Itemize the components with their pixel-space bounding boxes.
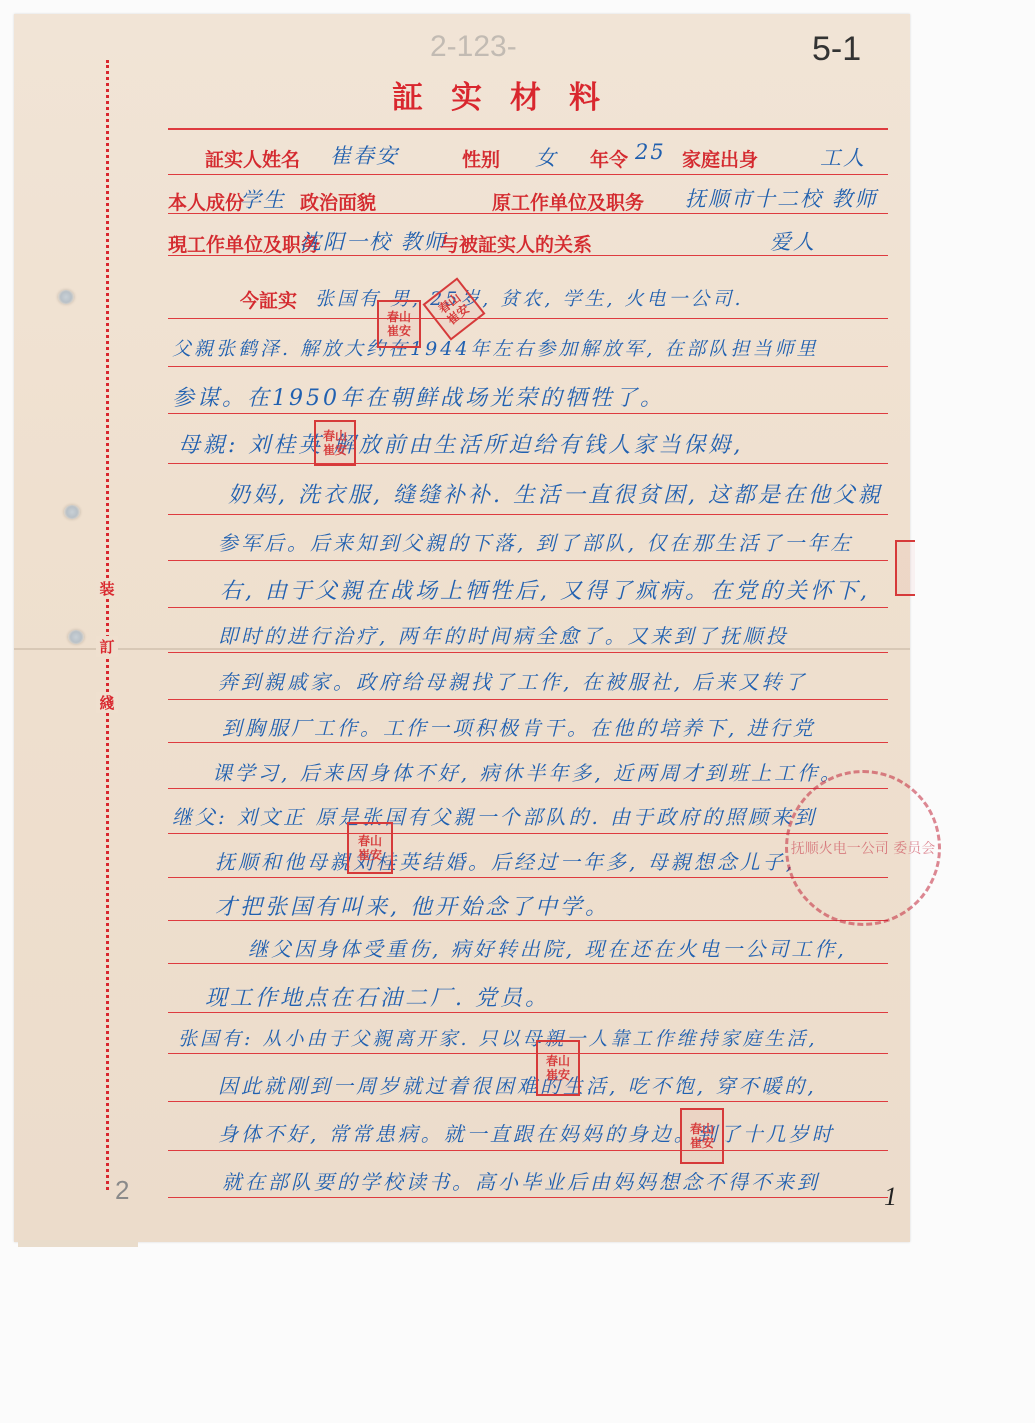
body-line: 就在部队要的学校读书。高小毕业后由妈妈想念不得不来到 <box>222 1166 820 1195</box>
body-line: 课学习, 后来因身体不好, 病休半年多, 近两周才到班上工作。 <box>212 757 843 786</box>
personal-status-value: 学生 <box>240 184 286 214</box>
ruled-line <box>168 877 888 878</box>
body-line: 参谋。在1950年在朝鲜战场光荣的牺牲了。 <box>172 381 665 412</box>
body-line: 即时的进行治疗, 两年的时间病全愈了。又来到了抚顺投 <box>218 620 789 649</box>
ruled-line <box>168 607 888 608</box>
body-line: 因此就刚到一周岁就过着很困难的生活, 吃不饱, 穿不暖的, <box>218 1070 817 1099</box>
body-line: 才把张国有叫来, 他开始念了中学。 <box>215 890 610 921</box>
current-work-label: 現工作单位及职务 <box>168 230 320 257</box>
binding-dotted-line <box>106 60 109 1190</box>
ruled-line <box>168 560 888 561</box>
body-line: 母親: 刘桂英 解放前由生活所迫给有钱人家当保姆, <box>178 428 743 459</box>
gender-value: 女 <box>535 142 558 172</box>
body-line: 继父: 刘文正 原是张国有父親一个部队的. 由于政府的照顾来到 <box>172 801 817 830</box>
ruled-line <box>168 514 888 515</box>
ruled-line <box>168 1197 888 1198</box>
ruled-line <box>168 463 888 464</box>
relation-label: 与被証实人的关系 <box>440 230 592 257</box>
paper-tab <box>18 1240 138 1247</box>
gender-label: 性别 <box>462 145 500 172</box>
punch-hole <box>64 505 80 519</box>
family-origin-value: 工人 <box>820 142 866 172</box>
ruled-line <box>168 1053 888 1054</box>
document-title: 証实材料 <box>300 72 720 117</box>
margin-number-pencil: 2 <box>115 1175 129 1206</box>
ruled-line <box>168 1012 888 1013</box>
witness-name-value: 崔春安 <box>330 140 399 170</box>
body-line: 身体不好, 常常患病。就一直跟在妈妈的身边。到了十几岁时 <box>218 1118 835 1147</box>
ruled-line <box>168 833 888 834</box>
body-line: 奶妈, 洗衣服, 缝缝补补. 生活一直很贫困, 这都是在他父親 <box>228 478 883 509</box>
personal-seal-stamp: 春山 崔安 <box>536 1040 580 1096</box>
body-line: 参军后。后来知到父親的下落, 到了部队, 仅在那生活了一年左 <box>218 527 853 556</box>
witness-name-label: 証实人姓名 <box>205 145 300 172</box>
ruled-line <box>168 963 888 964</box>
archive-number-pencil: 2-123- <box>430 30 517 64</box>
official-round-seal: 抚顺火电一公司 委员会 <box>785 770 941 926</box>
personal-seal-stamp: 春山 崔安 <box>314 420 356 466</box>
body-line: 张国有: 从小由于父親离开家. 只以母親一人靠工作维持家庭生活, <box>178 1024 818 1051</box>
current-work-value: 沈阳一校 教师 <box>300 226 447 256</box>
family-origin-label: 家庭出身 <box>682 145 758 172</box>
ruled-line <box>168 318 888 319</box>
binding-label-char: 装 <box>96 578 118 599</box>
ruled-line <box>168 128 888 130</box>
ruled-line <box>168 1101 888 1102</box>
ruled-line <box>168 652 888 653</box>
former-work-label: 原工作单位及职务 <box>492 188 644 215</box>
former-work-value: 抚顺市十二校 教师 <box>685 183 878 213</box>
punch-hole <box>58 290 74 304</box>
punch-hole <box>68 630 84 644</box>
ruled-line <box>168 413 888 414</box>
ruled-line <box>168 1150 888 1151</box>
personal-seal-stamp: 春山 崔安 <box>347 822 393 874</box>
personal-seal-stamp: 春山 崔安 <box>680 1108 724 1164</box>
body-line: 现工作地点在石油二厂. 党员。 <box>205 981 550 1012</box>
ruled-line <box>168 366 888 367</box>
age-label: 年令 <box>590 145 628 172</box>
binding-label-char: 綫 <box>96 692 118 713</box>
body-line: 到胸服厂工作。工作一项积极肯干。在他的培养下, 进行党 <box>222 712 816 741</box>
body-line: 抚顺和他母親刘桂英结婚。后经过一年多, 母親想念儿子, <box>215 846 795 875</box>
ruled-line <box>168 788 888 789</box>
personal-status-label: 本人成份 <box>168 188 244 215</box>
political-label: 政治面貌 <box>300 188 376 215</box>
certify-label: 今証实 <box>240 286 297 313</box>
body-line: 右, 由于父親在战场上牺牲后, 又得了疯病。在党的关怀下, <box>220 574 870 605</box>
personal-seal-stamp: 春山 崔安 <box>377 300 421 348</box>
ruled-line <box>168 174 888 175</box>
page-mark-pencil: 5-1 <box>812 30 861 69</box>
ruled-line <box>168 742 888 743</box>
relation-value: 爱人 <box>770 226 816 256</box>
body-line: 父親张鹤泽. 解放大约在1944年左右参加解放军, 在部队担当师里 <box>172 334 819 361</box>
ruled-line <box>168 699 888 700</box>
body-line: 奔到親戚家。政府给母親找了工作, 在被服社, 后来又转了 <box>218 666 807 695</box>
body-line: 继父因身体受重伤, 病好转出院, 现在还在火电一公司工作, <box>248 933 847 962</box>
binding-label-char: 訂 <box>96 636 118 657</box>
personal-seal-stamp-edge <box>895 540 915 596</box>
age-value: 25 <box>635 140 666 164</box>
